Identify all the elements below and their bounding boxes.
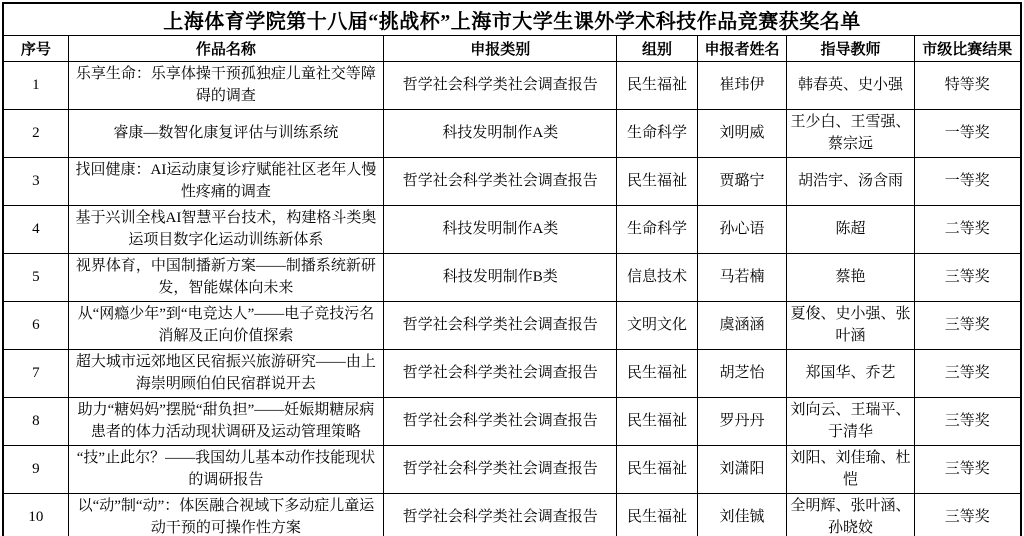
cell-applicant: 罗丹丹 — [697, 398, 787, 446]
cell-result: 二等奖 — [914, 206, 1021, 254]
cell-group: 生命科学 — [617, 110, 697, 158]
header-row: 序号 作品名称 申报类别 组别 申报者姓名 指导教师 市级比赛结果 — [3, 36, 1021, 62]
cell-applicant: 贾璐宁 — [697, 158, 787, 206]
cell-advisors: 韩春英、史小强 — [787, 62, 914, 110]
cell-applicant: 崔玮伊 — [697, 62, 787, 110]
cell-category: 哲学社会科学类社会调查报告 — [384, 350, 617, 398]
cell-applicant: 马若楠 — [697, 254, 787, 302]
cell-group: 民生福祉 — [617, 446, 697, 494]
awards-document-page: 上海体育学院第十八届“挑战杯”上海市大学生课外学术科技作品竞赛获奖名单 序号 作… — [0, 0, 1024, 536]
cell-group: 民生福祉 — [617, 494, 697, 536]
cell-category: 哲学社会科学类社会调查报告 — [384, 446, 617, 494]
cell-applicant: 虞涵涵 — [697, 302, 787, 350]
cell-result: 一等奖 — [914, 158, 1021, 206]
cell-result: 一等奖 — [914, 110, 1021, 158]
cell-no: 3 — [3, 158, 68, 206]
col-header-no: 序号 — [3, 36, 68, 62]
table-row: 7超大城市远郊地区民宿振兴旅游研究——由上海崇明顾伯伯民宿群说开去哲学社会科学类… — [3, 350, 1021, 398]
cell-no: 6 — [3, 302, 68, 350]
cell-work: 超大城市远郊地区民宿振兴旅游研究——由上海崇明顾伯伯民宿群说开去 — [68, 350, 384, 398]
table-row: 2睿康—数智化康复评估与训练系统科技发明制作A类生命科学刘明威王少白、王雪强、蔡… — [3, 110, 1021, 158]
cell-applicant: 孙心语 — [697, 206, 787, 254]
cell-work: 从“网瘾少年”到“电竞达人”——电子竞技污名消解及正向价值探索 — [68, 302, 384, 350]
cell-advisors: 夏俊、史小强、张叶涵 — [787, 302, 914, 350]
title-row: 上海体育学院第十八届“挑战杯”上海市大学生课外学术科技作品竞赛获奖名单 — [3, 3, 1021, 36]
cell-result: 三等奖 — [914, 302, 1021, 350]
cell-work: 找回健康：AI运动康复诊疗赋能社区老年人慢性疼痛的调查 — [68, 158, 384, 206]
cell-category: 科技发明制作A类 — [384, 206, 617, 254]
table-row: 1乐享生命：乐享体操干预孤独症儿童社交等障碍的调查哲学社会科学类社会调查报告民生… — [3, 62, 1021, 110]
cell-no: 10 — [3, 494, 68, 536]
cell-work: 睿康—数智化康复评估与训练系统 — [68, 110, 384, 158]
col-header-work: 作品名称 — [68, 36, 384, 62]
cell-work: “技”止此尔？——我国幼儿基本动作技能现状的调研报告 — [68, 446, 384, 494]
cell-work: 助力“糖妈妈”摆脱“甜负担”——妊娠期糖尿病患者的体力活动现状调研及运动管理策略 — [68, 398, 384, 446]
cell-no: 2 — [3, 110, 68, 158]
cell-category: 哲学社会科学类社会调查报告 — [384, 398, 617, 446]
cell-category: 哲学社会科学类社会调查报告 — [384, 158, 617, 206]
cell-advisors: 蔡艳 — [787, 254, 914, 302]
cell-group: 民生福祉 — [617, 62, 697, 110]
cell-category: 科技发明制作B类 — [384, 254, 617, 302]
cell-advisors: 郑国华、乔艺 — [787, 350, 914, 398]
table-row: 5视界体育，中国制播新方案——制播系统新研发，智能媒体向未来科技发明制作B类信息… — [3, 254, 1021, 302]
cell-work: 视界体育，中国制播新方案——制播系统新研发，智能媒体向未来 — [68, 254, 384, 302]
cell-work: 以“动”制“动”：体医融合视域下多动症儿童运动干预的可操作性方案 — [68, 494, 384, 536]
cell-applicant: 刘明威 — [697, 110, 787, 158]
cell-category: 科技发明制作A类 — [384, 110, 617, 158]
table-row: 9“技”止此尔？——我国幼儿基本动作技能现状的调研报告哲学社会科学类社会调查报告… — [3, 446, 1021, 494]
cell-result: 三等奖 — [914, 254, 1021, 302]
cell-no: 1 — [3, 62, 68, 110]
cell-group: 民生福祉 — [617, 350, 697, 398]
cell-work: 乐享生命：乐享体操干预孤独症儿童社交等障碍的调查 — [68, 62, 384, 110]
cell-no: 9 — [3, 446, 68, 494]
cell-group: 生命科学 — [617, 206, 697, 254]
cell-group: 文明文化 — [617, 302, 697, 350]
cell-result: 特等奖 — [914, 62, 1021, 110]
cell-group: 信息技术 — [617, 254, 697, 302]
cell-advisors: 王少白、王雪强、蔡宗远 — [787, 110, 914, 158]
cell-category: 哲学社会科学类社会调查报告 — [384, 62, 617, 110]
cell-applicant: 刘潇阳 — [697, 446, 787, 494]
table-body: 1乐享生命：乐享体操干预孤独症儿童社交等障碍的调查哲学社会科学类社会调查报告民生… — [3, 62, 1021, 536]
cell-advisors: 陈超 — [787, 206, 914, 254]
cell-no: 5 — [3, 254, 68, 302]
cell-work: 基于兴训全栈AI智慧平台技术，构建格斗类奥运项目数字化运动训练新体系 — [68, 206, 384, 254]
cell-no: 4 — [3, 206, 68, 254]
cell-advisors: 刘阳、刘佳瑜、杜恺 — [787, 446, 914, 494]
col-header-applicant: 申报者姓名 — [697, 36, 787, 62]
awards-table: 上海体育学院第十八届“挑战杯”上海市大学生课外学术科技作品竞赛获奖名单 序号 作… — [2, 2, 1022, 536]
cell-advisors: 胡浩宇、汤含雨 — [787, 158, 914, 206]
cell-no: 7 — [3, 350, 68, 398]
cell-no: 8 — [3, 398, 68, 446]
cell-advisors: 全明辉、张叶涵、孙晓姣 — [787, 494, 914, 536]
col-header-result: 市级比赛结果 — [914, 36, 1021, 62]
cell-result: 三等奖 — [914, 446, 1021, 494]
cell-applicant: 胡芝怡 — [697, 350, 787, 398]
col-header-advisors: 指导教师 — [787, 36, 914, 62]
cell-result: 三等奖 — [914, 350, 1021, 398]
cell-category: 哲学社会科学类社会调查报告 — [384, 302, 617, 350]
cell-advisors: 刘向云、王瑞平、于清华 — [787, 398, 914, 446]
cell-group: 民生福祉 — [617, 158, 697, 206]
cell-result: 三等奖 — [914, 398, 1021, 446]
col-header-category: 申报类别 — [384, 36, 617, 62]
page-title: 上海体育学院第十八届“挑战杯”上海市大学生课外学术科技作品竞赛获奖名单 — [3, 3, 1021, 36]
table-row: 8助力“糖妈妈”摆脱“甜负担”——妊娠期糖尿病患者的体力活动现状调研及运动管理策… — [3, 398, 1021, 446]
table-row: 3找回健康：AI运动康复诊疗赋能社区老年人慢性疼痛的调查哲学社会科学类社会调查报… — [3, 158, 1021, 206]
cell-group: 民生福祉 — [617, 398, 697, 446]
table-row: 6从“网瘾少年”到“电竞达人”——电子竞技污名消解及正向价值探索哲学社会科学类社… — [3, 302, 1021, 350]
table-row: 4基于兴训全栈AI智慧平台技术，构建格斗类奥运项目数字化运动训练新体系科技发明制… — [3, 206, 1021, 254]
cell-result: 三等奖 — [914, 494, 1021, 536]
table-row: 10以“动”制“动”：体医融合视域下多动症儿童运动干预的可操作性方案哲学社会科学… — [3, 494, 1021, 536]
col-header-group: 组别 — [617, 36, 697, 62]
cell-applicant: 刘佳铖 — [697, 494, 787, 536]
cell-category: 哲学社会科学类社会调查报告 — [384, 494, 617, 536]
